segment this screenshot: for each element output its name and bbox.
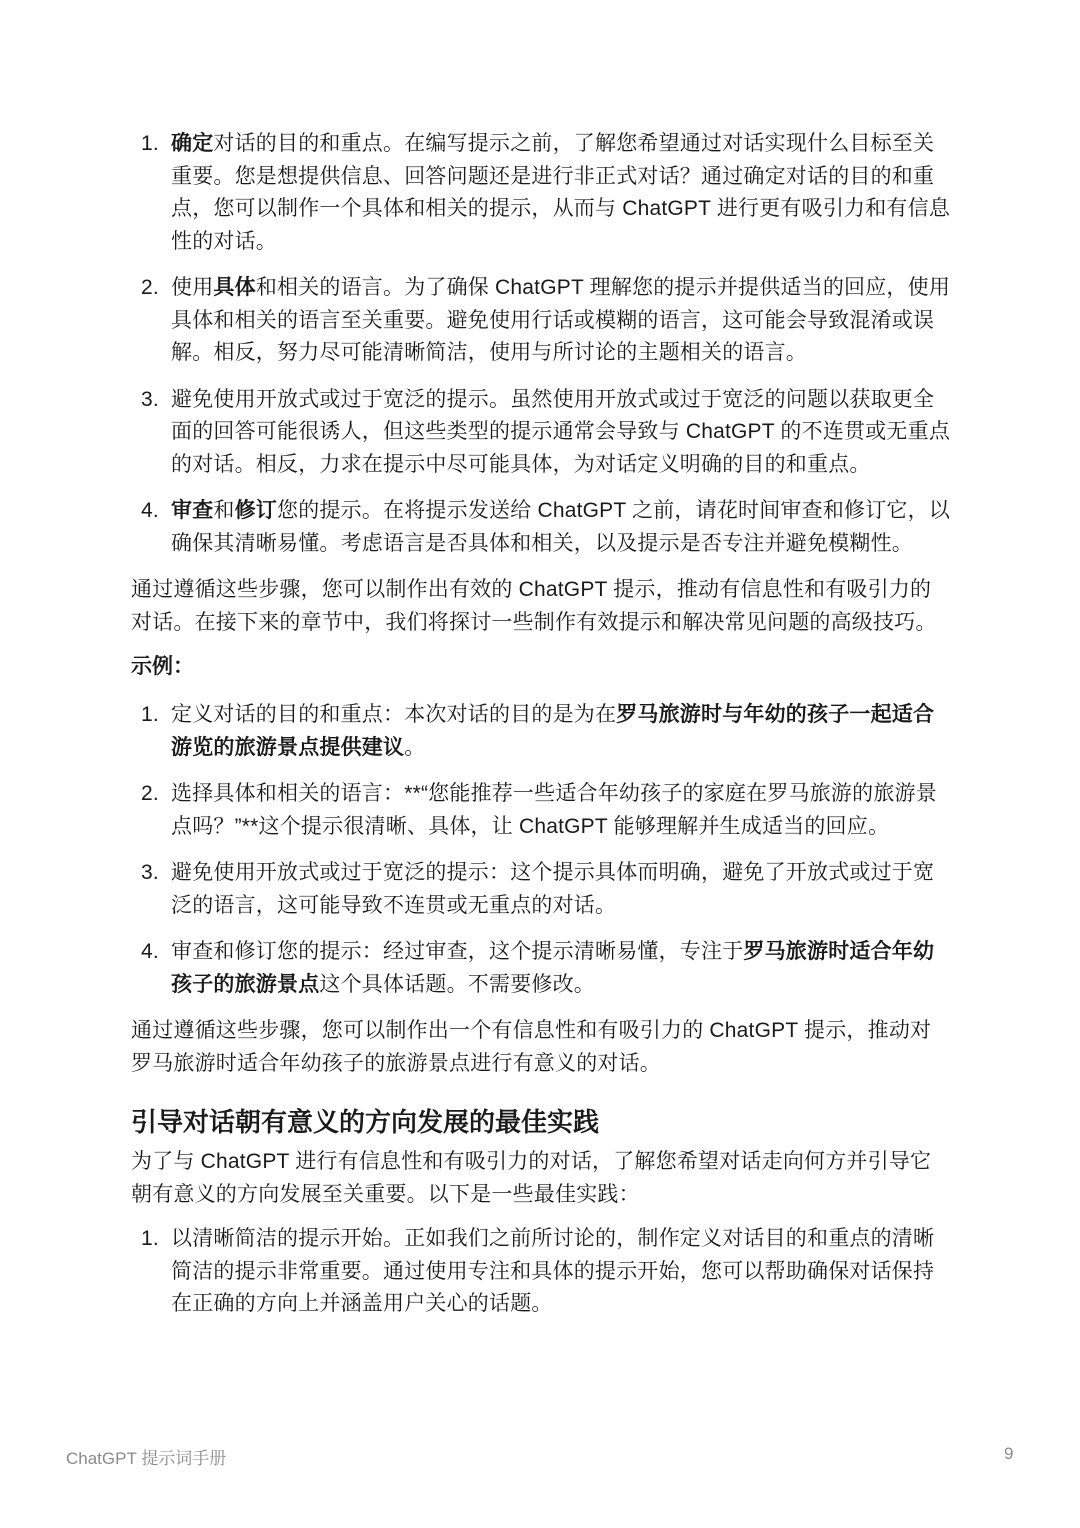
example-summary-paragraph: 通过遵循这些步骤，您可以制作出一个有信息性和有吸引力的 ChatGPT 提示，推… <box>131 1015 951 1080</box>
list-number: 2. <box>141 778 159 811</box>
list-number: 1. <box>141 1223 159 1256</box>
list-item: 4.审查和修订您的提示。在将提示发送给 ChatGPT 之前，请花时间审查和修订… <box>131 495 951 560</box>
list-number: 2. <box>141 272 159 305</box>
list-item: 1.定义对话的目的和重点：本次对话的目的是为在罗马旅游时与年幼的孩子一起适合游览… <box>131 699 951 764</box>
steps-list: 1.确定对话的目的和重点。在编写提示之前，了解您希望通过对话实现什么目标至关重要… <box>131 128 951 560</box>
section-heading: 引导对话朝有意义的方向发展的最佳实践 <box>131 1102 951 1142</box>
list-number: 4. <box>141 936 159 969</box>
intro-paragraph: 为了与 ChatGPT 进行有信息性和有吸引力的对话，了解您希望对话走向何方并引… <box>131 1146 951 1211</box>
item-text: 以清晰简洁的提示开始。正如我们之前所讨论的，制作定义对话目的和重点的清晰简洁的提… <box>171 1227 934 1315</box>
item-text: 对话的目的和重点。在编写提示之前，了解您希望通过对话实现什么目标至关重要。您是想… <box>171 132 950 253</box>
example-label: 示例： <box>131 651 951 683</box>
item-text: 。 <box>404 736 425 759</box>
item-text: 避免使用开放式或过于宽泛的提示：这个提示具体而明确，避免了开放式或过于宽泛的语言… <box>171 861 934 917</box>
list-item: 4.审查和修订您的提示：经过审查，这个提示清晰易懂，专注于罗马旅游时适合年幼孩子… <box>131 936 951 1001</box>
item-text-bold: 修订 <box>235 499 277 522</box>
list-item: 3.避免使用开放式或过于宽泛的提示。虽然使用开放式或过于宽泛的问题以获取更全面的… <box>131 384 951 482</box>
list-item: 1.以清晰简洁的提示开始。正如我们之前所讨论的，制作定义对话目的和重点的清晰简洁… <box>131 1223 951 1321</box>
list-number: 3. <box>141 857 159 890</box>
item-text: 避免使用开放式或过于宽泛的提示。虽然使用开放式或过于宽泛的问题以获取更全面的回答… <box>171 388 950 476</box>
list-number: 1. <box>141 128 159 161</box>
item-text: 和 <box>213 499 234 522</box>
item-text-bold: 具体 <box>213 276 255 299</box>
item-text-bold: 确定 <box>171 132 213 155</box>
item-text: 和相关的语言。为了确保 ChatGPT 理解您的提示并提供适当的回应，使用具体和… <box>171 276 950 364</box>
page-number: 9 <box>1004 1444 1013 1464</box>
list-number: 4. <box>141 495 159 528</box>
footer-title: ChatGPT 提示词手册 <box>66 1444 226 1469</box>
list-item: 2.使用具体和相关的语言。为了确保 ChatGPT 理解您的提示并提供适当的回应… <box>131 272 951 370</box>
item-text: 这个具体话题。不需要修改。 <box>319 973 595 996</box>
example-list: 1.定义对话的目的和重点：本次对话的目的是为在罗马旅游时与年幼的孩子一起适合游览… <box>131 699 951 1001</box>
item-text: 您的提示。在将提示发送给 ChatGPT 之前，请花时间审查和修订它，以确保其清… <box>171 499 950 555</box>
list-item: 3.避免使用开放式或过于宽泛的提示：这个提示具体而明确，避免了开放式或过于宽泛的… <box>131 857 951 922</box>
list-item: 2.选择具体和相关的语言：**“您能推荐一些适合年幼孩子的家庭在罗马旅游的旅游景… <box>131 778 951 843</box>
item-text-bold: 审查 <box>171 499 213 522</box>
list-number: 1. <box>141 699 159 732</box>
item-text: 使用 <box>171 276 213 299</box>
document-page: 1.确定对话的目的和重点。在编写提示之前，了解您希望通过对话实现什么目标至关重要… <box>131 128 951 1335</box>
item-text: 审查和修订您的提示：经过审查，这个提示清晰易懂，专注于 <box>171 940 743 963</box>
best-practices-list: 1.以清晰简洁的提示开始。正如我们之前所讨论的，制作定义对话目的和重点的清晰简洁… <box>131 1223 951 1321</box>
summary-paragraph: 通过遵循这些步骤，您可以制作出有效的 ChatGPT 提示，推动有信息性和有吸引… <box>131 574 951 639</box>
item-text: 选择具体和相关的语言：**“您能推荐一些适合年幼孩子的家庭在罗马旅游的旅游景点吗… <box>171 782 937 838</box>
list-item: 1.确定对话的目的和重点。在编写提示之前，了解您希望通过对话实现什么目标至关重要… <box>131 128 951 258</box>
list-number: 3. <box>141 384 159 417</box>
item-text: 定义对话的目的和重点：本次对话的目的是为在 <box>171 703 616 726</box>
